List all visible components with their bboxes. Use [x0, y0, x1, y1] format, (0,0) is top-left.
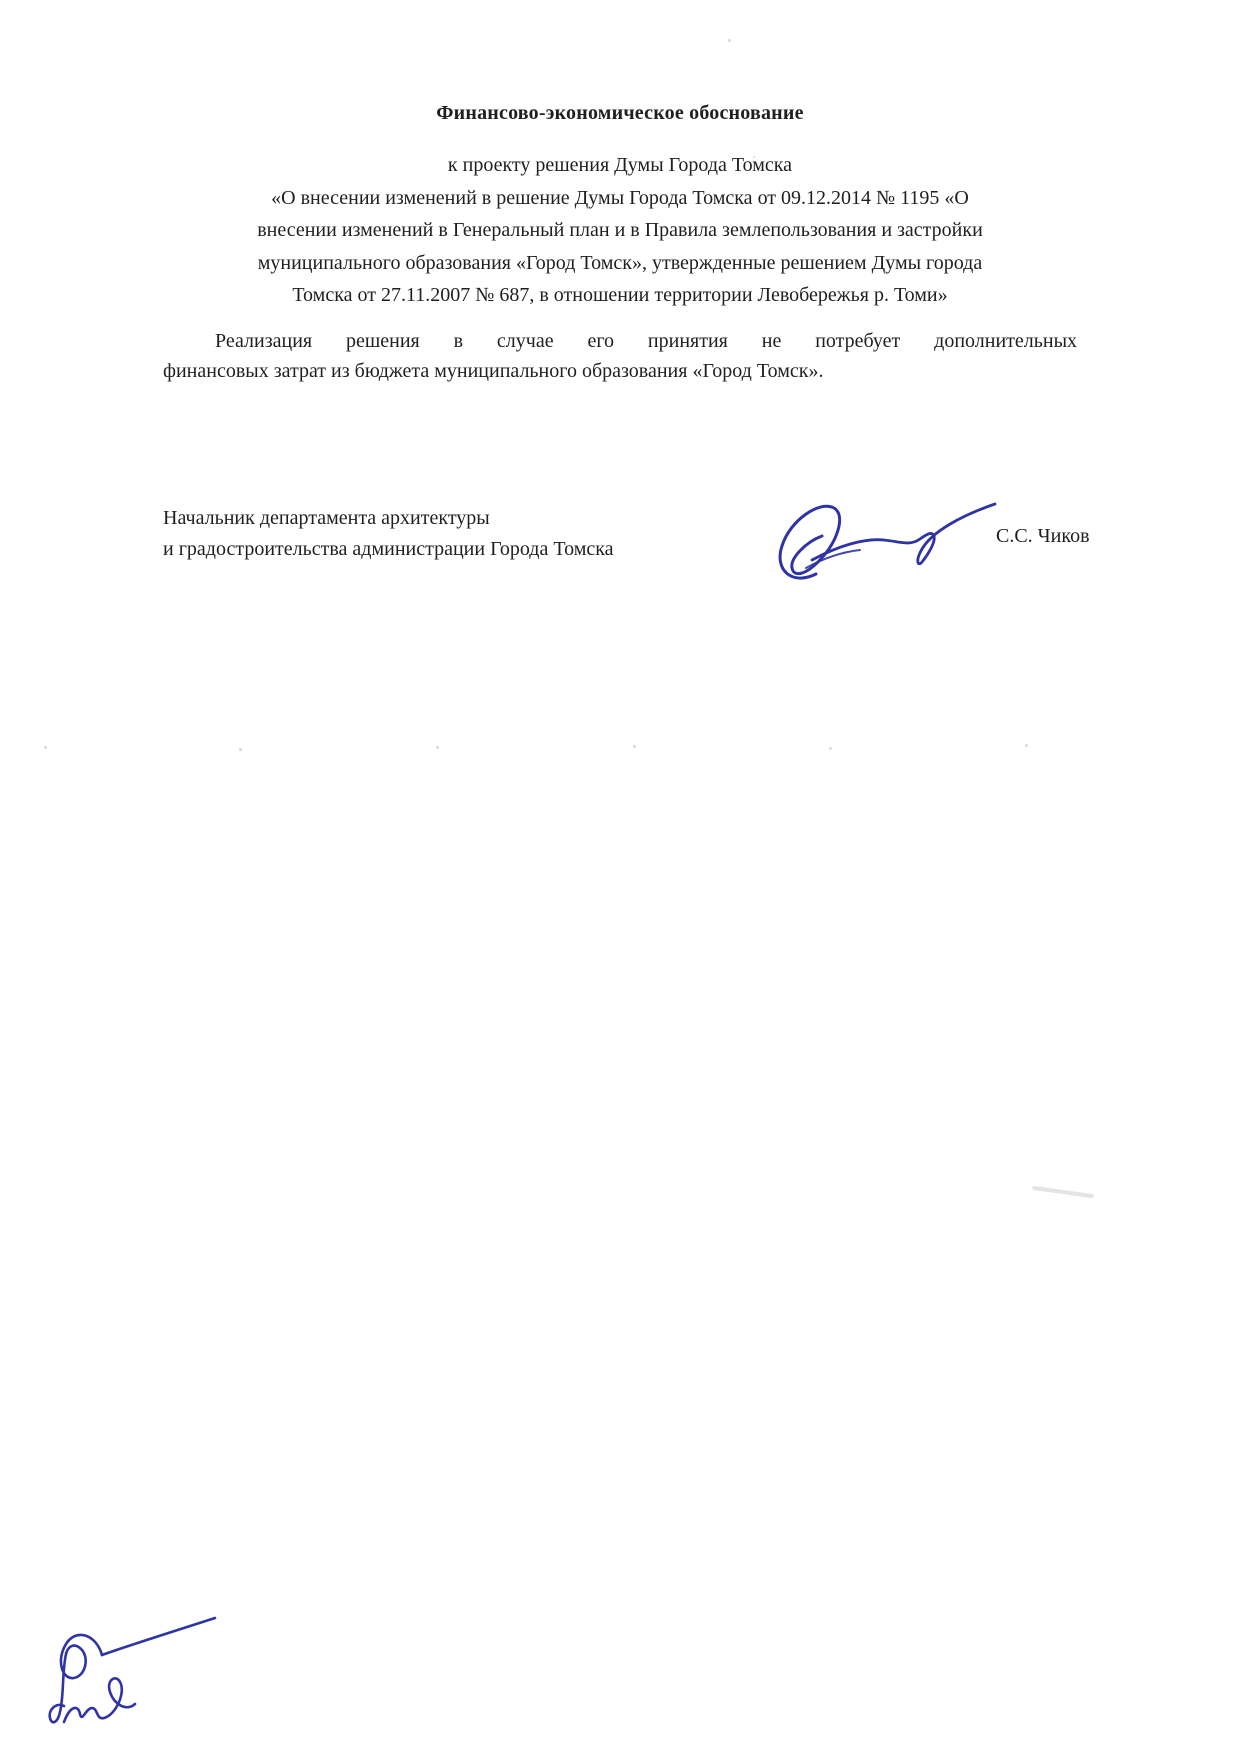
margin-pen-scribble-ink	[38, 1604, 223, 1746]
scan-speck	[829, 747, 832, 750]
signature-position-line: и градостроительства администрации Город…	[163, 534, 723, 565]
scanned-document-page: Финансово-экономическое обоснование к пр…	[0, 0, 1240, 1753]
handwritten-signature-ink	[772, 494, 997, 589]
subtitle-line: муниципального образования «Город Томск»…	[158, 247, 1082, 280]
body-paragraph-line: финансовых затрат из бюджета муниципальн…	[163, 356, 1077, 386]
scan-speck	[436, 746, 439, 749]
signature-position-line: Начальник департамента архитектуры	[163, 503, 723, 534]
subtitle-line: Томска от 27.11.2007 № 687, в отношении …	[158, 279, 1082, 312]
subtitle-line: к проекту решения Думы Города Томска	[158, 149, 1082, 182]
scan-speck	[728, 39, 731, 42]
scan-smudge	[1032, 1186, 1094, 1199]
scan-speck	[633, 745, 636, 748]
scan-speck	[1025, 744, 1028, 747]
body-paragraph: Реализация решения в случае его принятия…	[163, 326, 1077, 386]
scan-speck	[239, 748, 242, 751]
document-subtitle: к проекту решения Думы Города Томска «О …	[158, 149, 1082, 312]
scan-speck	[753, 156, 755, 158]
scan-speck	[44, 746, 47, 749]
signature-position-title: Начальник департамента архитектуры и гра…	[163, 503, 723, 565]
body-paragraph-line: Реализация решения в случае его принятия…	[163, 326, 1077, 356]
signer-name: С.С. Чиков	[996, 525, 1090, 548]
subtitle-line: «О внесении изменений в решение Думы Гор…	[158, 182, 1082, 215]
subtitle-line: внесении изменений в Генеральный план и …	[158, 214, 1082, 247]
document-title: Финансово-экономическое обоснование	[0, 102, 1240, 125]
